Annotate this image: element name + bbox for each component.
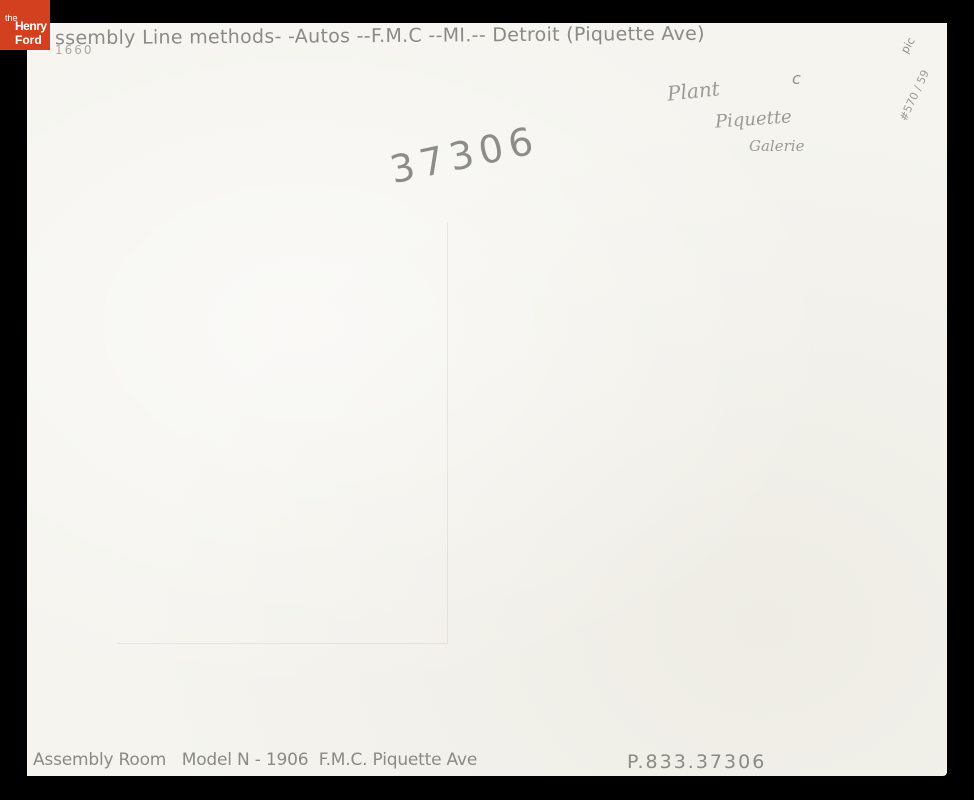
note-c: c [792, 69, 801, 88]
accession-number: P.833.37306 [627, 751, 766, 773]
note-piquette: Piquette [714, 106, 792, 132]
logo-ford: Ford [15, 34, 42, 46]
top-right-mark: pic [898, 35, 917, 55]
photo-number: 37306 [386, 118, 543, 192]
bottom-caption: Assembly Room Model N - 1906 F.M.C. Piqu… [33, 750, 477, 770]
side-scribble: #570 / 59 [897, 68, 932, 123]
top-annotation: ssembly Line methods- -Autos --F.M.C --M… [55, 23, 705, 50]
note-galerie: Galerie [749, 137, 804, 155]
pasteup-mark [117, 223, 448, 644]
henry-ford-logo: the Henry Ford [0, 0, 50, 50]
note-plant: Plant [666, 76, 721, 105]
photo-back-paper: ssembly Line methods- -Autos --F.M.C --M… [27, 23, 947, 776]
year-code: 1660 [55, 43, 94, 57]
logo-henry: Henry [15, 20, 47, 32]
